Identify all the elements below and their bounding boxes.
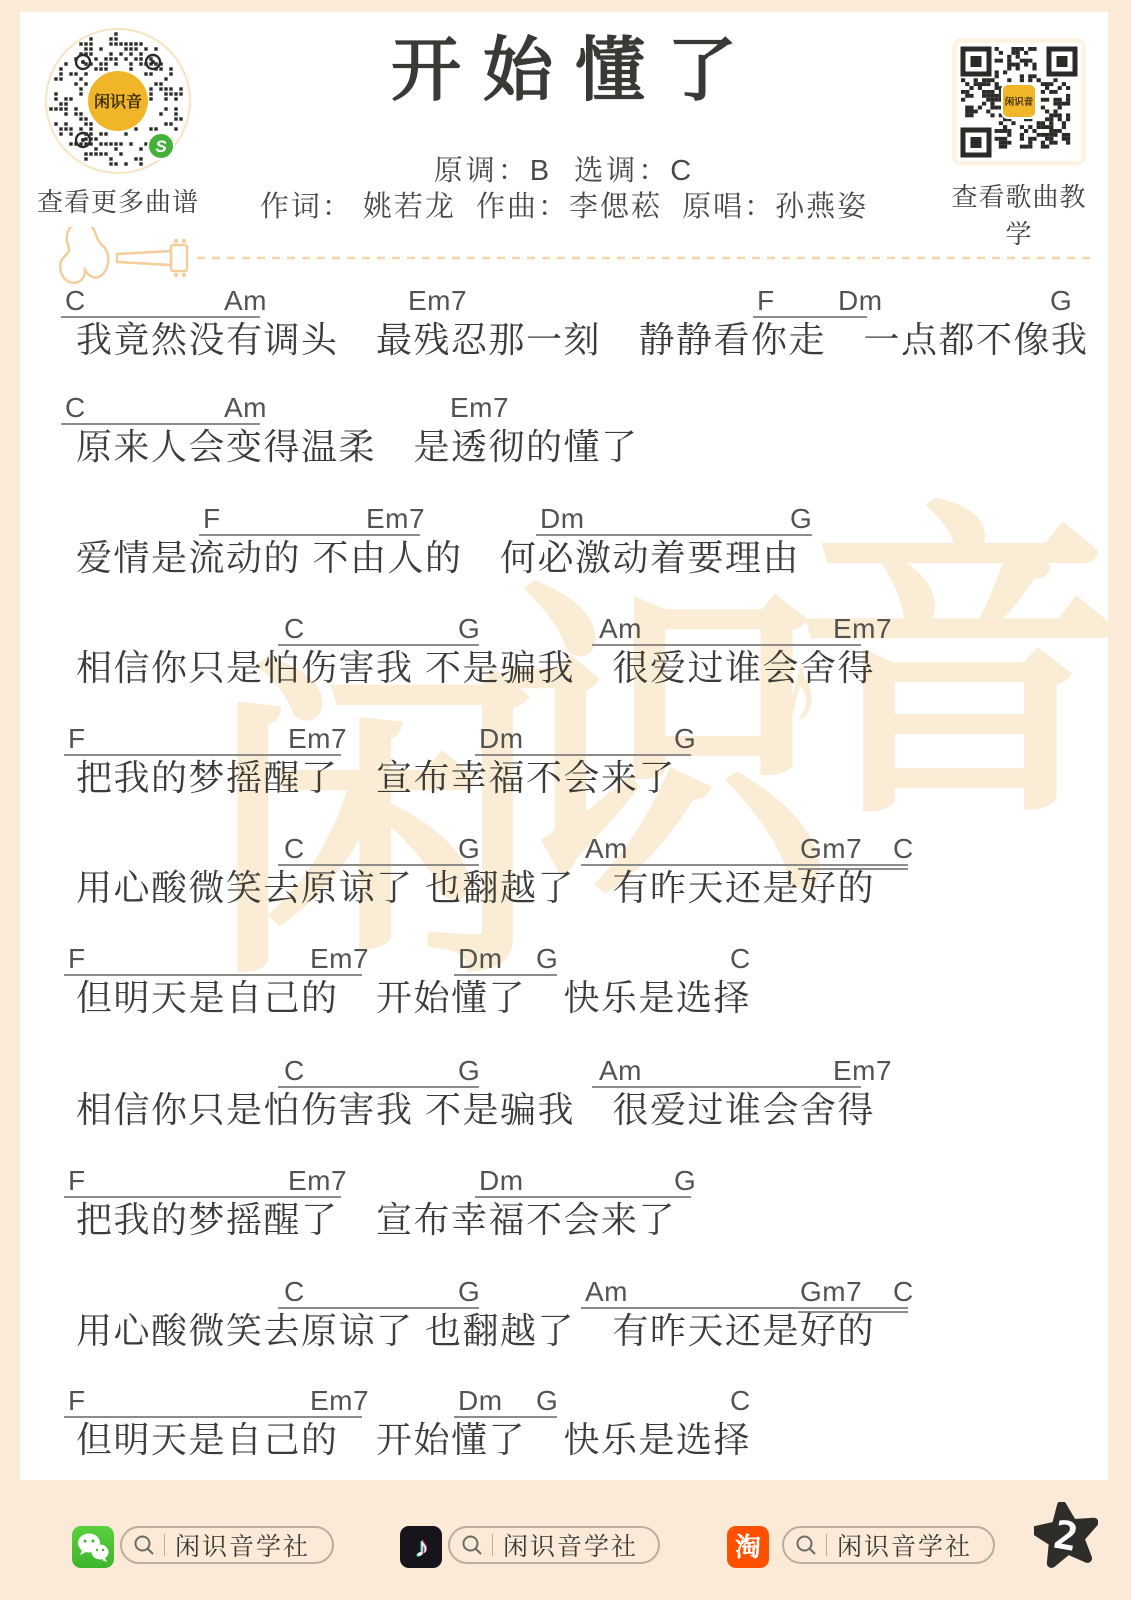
chord-label: Em7 [450,394,509,422]
chord-label: C [730,945,751,973]
chord-underline [475,754,691,756]
lyric-text: 相信你只是怕伤害我 不是骗我 很爱过谁会舍得 [76,648,875,688]
chord-underline [278,1086,479,1088]
chord-line-1: CAmEm7FDmG我竟然没有调头 最残忍那一刻 静静看你走 一点都不像我 [20,287,1108,359]
chord-line-7: FEm7DmGC但明天是自己的 开始懂了 快乐是选择 [20,945,1108,1017]
chord-label: Gm7 [800,1278,862,1306]
page-number-star: 2 [1034,1502,1098,1570]
chord-label: G [458,835,480,863]
chord-underline [278,1307,479,1309]
chord-line-5: FEm7DmG把我的梦摇醒了 宣布幸福不会来了 [20,725,1108,797]
chord-line-3: FEm7DmG爱情是流动的 不由人的 何必激动着要理由 [20,505,1108,577]
wechat-icon [72,1526,114,1568]
chord-label: Dm [479,1167,524,1195]
chord-underline [278,864,479,866]
chord-label: Dm [458,945,503,973]
chord-label: G [790,505,812,533]
chord-line-10: CGAmGm7C用心酸微笑去原谅了 也翻越了 有昨天还是好的 [20,1278,1108,1350]
chord-underline [475,1196,691,1198]
chord-label: F [68,1387,86,1415]
chord-label: G [1050,287,1072,315]
song-title: 开始懂了 [220,32,908,109]
chord-label: F [203,505,221,533]
lyric-text: 我竟然没有调头 最残忍那一刻 静静看你走 一点都不像我 [76,320,1089,360]
chord-label: Em7 [408,287,467,315]
search-icon [794,1533,818,1557]
lyric-text: 把我的梦摇醒了 宣布幸福不会来了 [76,758,676,798]
chord-label: Am [585,1278,628,1306]
chord-line-4: CGAmEm7相信你只是怕伤害我 不是骗我 很爱过谁会舍得 [20,615,1108,687]
chord-label: G [458,1278,480,1306]
chord-label: G [458,615,480,643]
key-info: 原调：B 选调：C [220,148,908,189]
search-icon [460,1533,484,1557]
chord-underline [199,534,420,536]
lyric-chord-sheet: CAmEm7FDmG我竟然没有调头 最残忍那一刻 静静看你走 一点都不像我CAm… [20,12,1108,1480]
pill-divider [164,1534,165,1556]
chord-label: F [68,1167,86,1195]
chord-label: Em7 [310,945,369,973]
svg-text:S: S [155,137,167,156]
chord-label: Dm [838,287,883,315]
chord-label: Am [224,287,267,315]
chord-underline [64,754,341,756]
chord-label: F [68,945,86,973]
chord-label: Em7 [310,1387,369,1415]
pill-divider [826,1534,827,1556]
chord-label: Em7 [833,1057,892,1085]
chord-label: Am [224,394,267,422]
chord-label: G [458,1057,480,1085]
chord-label: G [536,1387,558,1415]
chord-underline [278,644,479,646]
lyric-text: 用心酸微笑去原谅了 也翻越了 有昨天还是好的 [76,868,875,908]
svg-text:闲识音: 闲识音 [1005,96,1034,108]
taobao-glyph: 淘 [727,1526,769,1568]
lyric-text: 原来人会变得温柔 是透彻的懂了 [76,427,639,467]
chord-underline [592,1086,861,1088]
footer: 2 闲识音学社♪♪♪闲识音学社淘闲识音学社 [0,1496,1131,1586]
chord-underline [798,1307,908,1309]
lyric-text: 但明天是自己的 开始懂了 快乐是选择 [76,978,751,1018]
chord-label: Em7 [833,615,892,643]
douyin-icon: ♪♪♪ [400,1526,442,1568]
chord-underline [64,1196,341,1198]
chord-underline [798,864,908,866]
search-pill-taobao: 闲识音学社 [782,1526,995,1564]
chord-underline [61,423,260,425]
chord-label: Am [585,835,628,863]
chord-line-9: FEm7DmG把我的梦摇醒了 宣布幸福不会来了 [20,1167,1108,1239]
chord-label: Em7 [288,1167,347,1195]
chord-label: Gm7 [800,835,862,863]
chord-label: G [674,725,696,753]
chord-underline [454,974,557,976]
chord-label: C [284,615,305,643]
chord-label: G [536,945,558,973]
right-qr-caption: 查看歌曲教学 [946,177,1092,251]
chord-label: Em7 [366,505,425,533]
chord-label: F [757,287,775,315]
credits: 作词： 姚若龙 作曲：李偲菘 原唱：孙燕姿 [140,184,988,225]
chord-label: C [65,394,86,422]
chord-label: C [730,1387,751,1415]
svg-text:闲识音: 闲识音 [94,92,142,111]
search-query: 闲识音学社 [175,1527,310,1563]
chord-label: Dm [540,505,585,533]
chord-label: F [68,725,86,753]
chord-label: Dm [458,1387,503,1415]
right-qr-card: 闲识音 [952,38,1086,166]
search-pill-douyin: 闲识音学社 [448,1526,660,1564]
pill-divider [492,1534,493,1556]
search-icon [132,1533,156,1557]
chord-line-8: CGAmEm7相信你只是怕伤害我 不是骗我 很爱过谁会舍得 [20,1057,1108,1129]
search-query: 闲识音学社 [503,1527,638,1563]
chord-label: C [284,1057,305,1085]
tutorial-qr-code: 闲识音 [957,43,1081,161]
chord-line-11: FEm7DmGC但明天是自己的 开始懂了 快乐是选择 [20,1387,1108,1459]
lyric-text: 相信你只是怕伤害我 不是骗我 很爱过谁会舍得 [76,1090,875,1130]
chord-label: C [893,1278,914,1306]
lyric-text: 爱情是流动的 不由人的 何必激动着要理由 [76,538,800,578]
search-query: 闲识音学社 [837,1527,972,1563]
chord-underline [454,1416,557,1418]
chord-label: C [284,1278,305,1306]
chord-line-6: CGAmGm7C用心酸微笑去原谅了 也翻越了 有昨天还是好的 [20,835,1108,907]
chord-label: G [674,1167,696,1195]
chord-underline [536,534,812,536]
chord-underline [592,644,861,646]
chord-underline [64,974,362,976]
content-card: 闲识音♪ 闲识音S 查看更多曲谱 开始懂了 原调：B 选调：C 作词： 姚若龙 … [20,12,1108,1480]
chord-label: C [65,287,86,315]
chord-label: Am [599,1057,642,1085]
taobao-icon: 淘 [727,1526,769,1568]
chord-label: C [893,835,914,863]
chord-sheet-page: { "header": { "title": "开始懂了", "key_line… [0,0,1131,1600]
search-pill-wechat: 闲识音学社 [120,1526,334,1564]
chord-label: C [284,835,305,863]
chord-label: Dm [479,725,524,753]
chord-label: Em7 [288,725,347,753]
lyric-text: 用心酸微笑去原谅了 也翻越了 有昨天还是好的 [76,1311,875,1351]
right-qr-block: 闲识音 查看歌曲教学 [946,38,1092,251]
wechat-miniprogram-qr-code: 闲识音S [43,26,193,176]
chord-underline [61,316,260,318]
chord-line-2: CAmEm7原来人会变得温柔 是透彻的懂了 [20,394,1108,466]
chord-underline [753,316,867,318]
lyric-text: 但明天是自己的 开始懂了 快乐是选择 [76,1420,751,1460]
chord-underline [64,1416,362,1418]
lyric-text: 把我的梦摇醒了 宣布幸福不会来了 [76,1200,676,1240]
svg-text:♪: ♪ [415,1532,429,1563]
chord-label: Am [599,615,642,643]
